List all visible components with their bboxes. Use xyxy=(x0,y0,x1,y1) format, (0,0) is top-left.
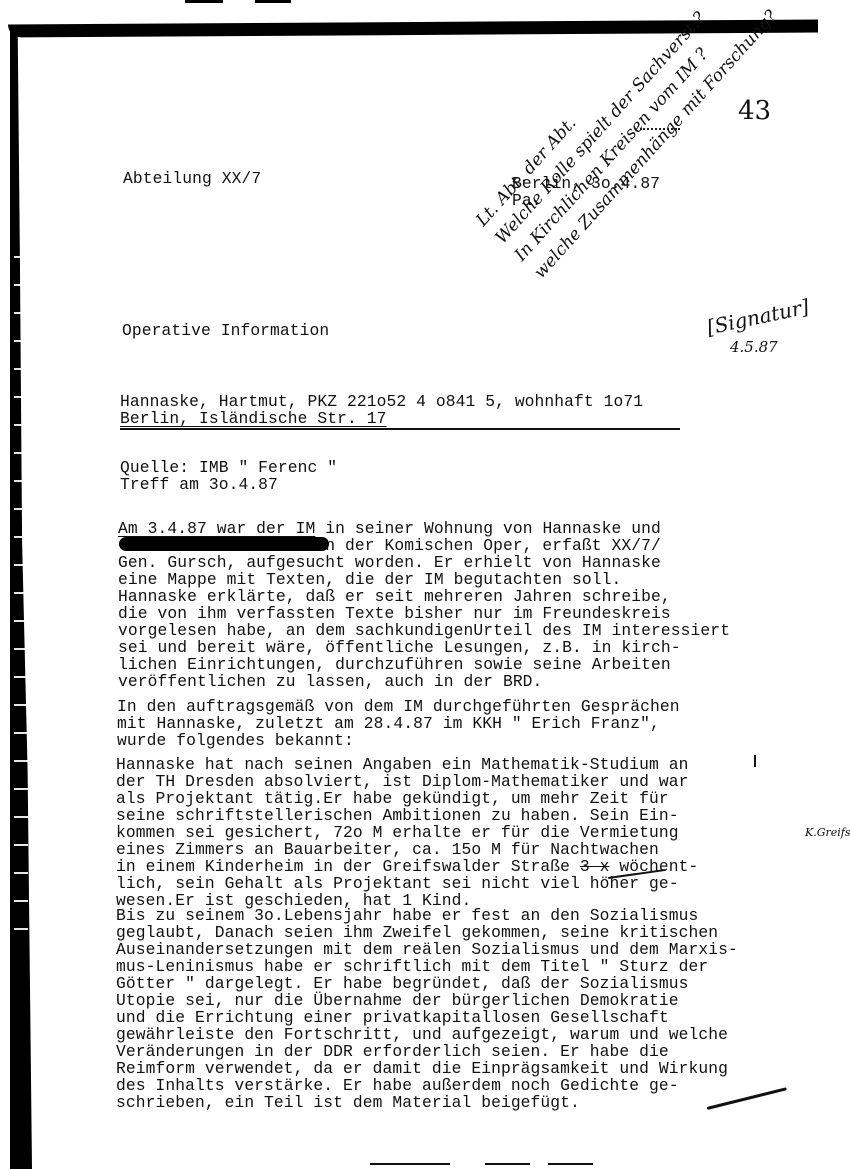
handwritten-initials-date: 4.5.87 xyxy=(730,338,778,356)
text-line: Utopie sei, nur die Übernahme der bürger… xyxy=(116,992,738,1009)
text-line: Bis zu seinem 3o.Lebensjahr habe er fest… xyxy=(116,907,738,924)
scan-artifact xyxy=(548,1163,593,1165)
scan-artifact xyxy=(485,1163,530,1165)
source-block: Quelle: IMB " Ferenc "Treff am 3o.4.87 xyxy=(120,459,337,493)
text-line: seine schriftstellerischen Ambitionen zu… xyxy=(116,807,698,824)
text-line: in einem Kinderheim in der Greifswalder … xyxy=(116,858,698,875)
text-line: geglaubt, Danach seien ihm Zweifel gekom… xyxy=(116,924,738,941)
text-line: schrieben, ein Teil ist dem Material bei… xyxy=(116,1094,738,1111)
redaction-bar xyxy=(119,537,329,551)
text-line: gewährleiste den Fortschritt, und aufgez… xyxy=(116,1026,738,1043)
text-line: und die Errichtung einer privatkapitallo… xyxy=(116,1009,738,1026)
subject-line-2: Berlin, Isländische Str. 17 xyxy=(120,410,643,427)
subject-line-1: Hannaske, Hartmut, PKZ 221o52 4 o841 5, … xyxy=(120,393,643,410)
text-line: kommen sei gesichert, 72o M erhalte er f… xyxy=(116,824,698,841)
scan-artifact xyxy=(370,1163,450,1165)
subject-underline xyxy=(120,428,680,430)
text-line: mit Hannaske, zuletzt am 28.4.87 im KKH … xyxy=(117,715,680,732)
source-line: Quelle: IMB " Ferenc " xyxy=(120,459,337,476)
paragraph-3: Hannaske hat nach seinen Angaben ein Mat… xyxy=(116,756,698,909)
text-line: vorgelesen habe, an dem sachkundigenUrte… xyxy=(118,622,730,639)
department-label: Abteilung XX/7 xyxy=(123,170,261,187)
text-line: In den auftragsgemäß von dem IM durchgef… xyxy=(117,698,680,715)
text-line: Gen. Gursch, aufgesucht worden. Er erhie… xyxy=(118,554,730,571)
text-line: des Inhalts verstärke. Er habe außerdem … xyxy=(116,1077,738,1094)
page-number: 43 xyxy=(738,96,771,126)
meeting-line: Treff am 3o.4.87 xyxy=(120,476,337,493)
text-line: Reimform verwendet, da er damit die Einp… xyxy=(116,1060,738,1077)
text-line: wurde folgendes bekannt: xyxy=(117,732,680,749)
handwritten-initials: [Signatur] xyxy=(705,294,812,339)
margin-mark xyxy=(754,755,756,767)
text-line: der TH Dresden absolviert, ist Diplom-Ma… xyxy=(116,773,698,790)
text-line: lichen Einrichtungen, durchzuführen sowi… xyxy=(118,656,730,673)
text-line: Veränderungen in der DDR erforderlich se… xyxy=(116,1043,738,1060)
scan-artifact xyxy=(185,0,223,3)
text-line: als Projektant tätig.Er habe gekündigt, … xyxy=(116,790,698,807)
text-line: eines Zimmers an Bauarbeiter, ca. 15o M … xyxy=(116,841,698,858)
text-line: Am 3.4.87 war der IM in seiner Wohnung v… xyxy=(118,520,730,537)
handwritten-annotation: Lt. Abt. der Abt. Welche Rolle spielt de… xyxy=(470,0,784,285)
text-line: Hannaske erklärte, daß er seit mehreren … xyxy=(118,588,730,605)
text-line: eine Mappe mit Texten, die der IM beguta… xyxy=(118,571,730,588)
document-title: Operative Information xyxy=(122,322,329,339)
text-line: sei und bereit wäre, öffentliche Lesunge… xyxy=(118,639,730,656)
text-line: Auseinandersetzungen mit dem reälen Sozi… xyxy=(116,941,738,958)
text-line: Götter " dargelegt. Er habe begründet, d… xyxy=(116,975,738,992)
text-line: mus-Leninismus habe er schriftlich mit d… xyxy=(116,958,738,975)
text-line: Hannaske hat nach seinen Angaben ein Mat… xyxy=(116,756,698,773)
scan-border-texture xyxy=(14,230,28,930)
text-line: die von ihm verfassten Texte bisher nur … xyxy=(118,605,730,622)
scan-artifact xyxy=(255,0,291,3)
handwritten-margin-note: K.Greifswalde. xyxy=(805,826,850,839)
subject-block: Hannaske, Hartmut, PKZ 221o52 4 o841 5, … xyxy=(120,393,643,427)
text-line: veröffentlichen zu lassen, auch in der B… xyxy=(118,673,730,690)
paragraph-2: In den auftragsgemäß von dem IM durchgef… xyxy=(117,698,680,749)
paragraph-4: Bis zu seinem 3o.Lebensjahr habe er fest… xyxy=(116,907,738,1111)
